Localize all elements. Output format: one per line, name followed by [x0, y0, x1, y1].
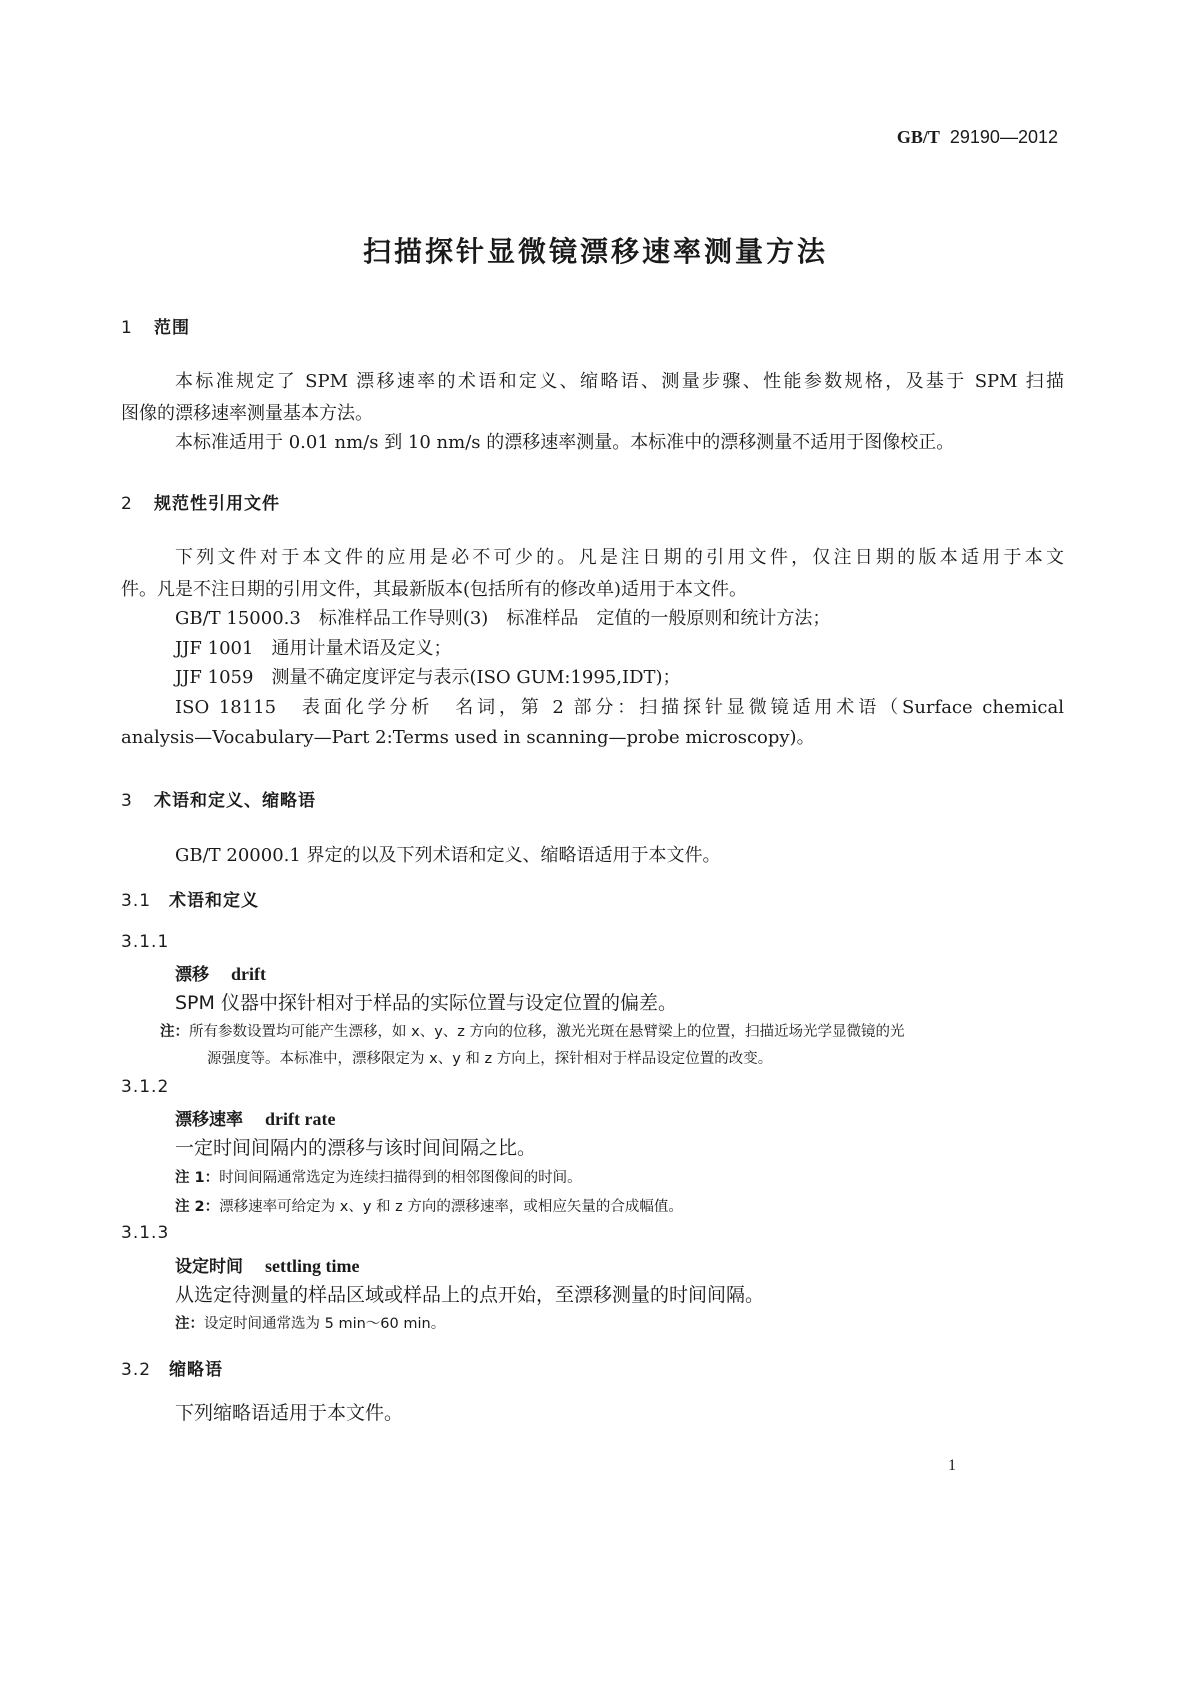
term-zh: 漂移	[175, 965, 209, 985]
refs-intro-line-1: 下列文件对于本文件的应用是必不可少的。凡是注日期的引用文件，仅注日期的版本适用于…	[175, 542, 1064, 574]
note-text: 时间间隔通常选定为连续扫描得到的相邻图像间的时间。	[219, 1170, 582, 1186]
term-en: settling time	[265, 1256, 359, 1276]
section-1-heading: 1范围	[121, 313, 190, 338]
term-en: drift	[231, 964, 266, 984]
term-definition: SPM 仪器中探针相对于样品的实际位置与设定位置的偏差。	[175, 988, 677, 1015]
note-label: 注 1：	[175, 1170, 219, 1186]
standard-code: 29190—2012	[950, 127, 1058, 147]
term-title: 漂移速率drift rate	[175, 1105, 335, 1130]
note-label: 注：	[160, 1024, 189, 1040]
standard-prefix: GB/T	[897, 127, 940, 147]
reference-item-continued: analysis—Vocabulary—Part 2:Terms used in…	[121, 722, 815, 754]
scope-para-2: 本标准适用于 0.01 nm/s 到 10 nm/s 的漂移速率测量。本标准中的…	[175, 427, 954, 459]
standard-number: GB/T 29190—2012	[897, 127, 1058, 148]
refs-intro-line-2: 件。凡是不注日期的引用文件，其最新版本(包括所有的修改单)适用于本文件。	[121, 574, 747, 606]
note-label: 注 2：	[175, 1199, 219, 1215]
reference-item: GB/T 15000.3 标准样品工作导则(3) 标准样品 定值的一般原则和统计…	[175, 603, 830, 635]
section-title: 术语和定义	[169, 891, 259, 911]
term-definition: 一定时间间隔内的漂移与该时间间隔之比。	[175, 1133, 536, 1160]
note-text: 所有参数设置均可能产生漂移，如 x、y、z 方向的位移，激光光斑在悬臂梁上的位置…	[189, 1024, 905, 1040]
note-text: 设定时间通常选为 5 min～60 min。	[204, 1316, 445, 1332]
term-zh: 设定时间	[175, 1257, 243, 1277]
scope-para-1-line-1: 本标准规定了 SPM 漂移速率的术语和定义、缩略语、测量步骤、性能参数规格，及基…	[175, 366, 1064, 398]
section-number: 3.2	[121, 1360, 169, 1380]
document-title: 扫描探针显微镜漂移速率测量方法	[0, 230, 1191, 270]
section-3-heading: 3术语和定义、缩略语	[121, 786, 316, 811]
term-zh: 漂移速率	[175, 1110, 243, 1130]
note-text: 漂移速率可给定为 x、y 和 z 方向的漂移速率，或相应矢量的合成幅值。	[219, 1199, 683, 1215]
term-en: drift rate	[265, 1109, 335, 1129]
reference-item: ISO 18115 表面化学分析 名词，第 2 部分：扫描探针显微镜适用术语（S…	[175, 692, 1064, 724]
section-2-heading: 2规范性引用文件	[121, 489, 280, 514]
term-title: 设定时间settling time	[175, 1252, 359, 1277]
section-number: 1	[121, 318, 154, 338]
reference-item: JJF 1059 测量不确定度评定与表示(ISO GUM:1995,IDT)；	[175, 662, 681, 694]
scope-para-1-line-2: 图像的漂移速率测量基本方法。	[121, 398, 373, 430]
section-number: 3.1	[121, 891, 169, 911]
reference-item: JJF 1001 通用计量术语及定义；	[175, 633, 451, 665]
subsection-3-1-heading: 3.1术语和定义	[121, 886, 259, 911]
section-number: 3	[121, 791, 154, 811]
term-definition: 从选定待测量的样品区域或样品上的点开始，至漂移测量的时间间隔。	[175, 1280, 764, 1307]
section-title: 术语和定义、缩略语	[154, 791, 316, 811]
section-3-intro: GB/T 20000.1 界定的以及下列术语和定义、缩略语适用于本文件。	[175, 840, 721, 872]
term-note: 注 2：漂移速率可给定为 x、y 和 z 方向的漂移速率，或相应矢量的合成幅值。	[175, 1195, 683, 1216]
page-number: 1	[948, 1457, 956, 1475]
section-title: 缩略语	[169, 1360, 223, 1380]
term-title: 漂移drift	[175, 960, 266, 985]
term-number: 3.1.2	[121, 1077, 169, 1097]
term-number: 3.1.3	[121, 1223, 169, 1243]
section-title: 规范性引用文件	[154, 494, 280, 514]
term-note-continued: 源强度等。本标准中，漂移限定为 x、y 和 z 方向上，探针相对于样品设定位置的…	[207, 1047, 772, 1068]
note-label: 注：	[175, 1316, 204, 1332]
section-number: 2	[121, 494, 154, 514]
term-note: 注 1：时间间隔通常选定为连续扫描得到的相邻图像间的时间。	[175, 1166, 582, 1187]
section-title: 范围	[154, 318, 190, 338]
term-note: 注：所有参数设置均可能产生漂移，如 x、y、z 方向的位移，激光光斑在悬臂梁上的…	[160, 1020, 905, 1041]
abbreviations-intro: 下列缩略语适用于本文件。	[175, 1398, 403, 1425]
term-number: 3.1.1	[121, 932, 169, 952]
subsection-3-2-heading: 3.2缩略语	[121, 1355, 223, 1380]
term-note: 注：设定时间通常选为 5 min～60 min。	[175, 1312, 445, 1333]
